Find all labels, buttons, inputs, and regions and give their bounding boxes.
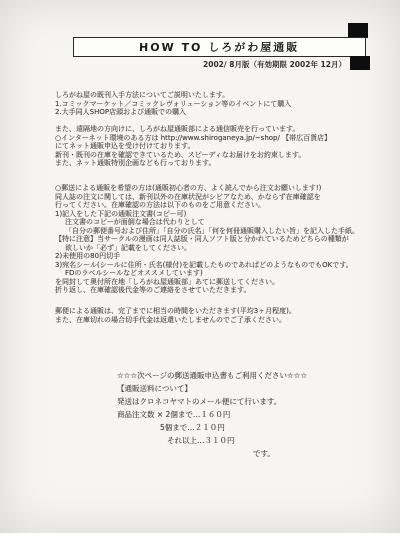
text-line: 【特に注意】当サークルの漫画は同人誌版・同人ソフト版と分かれているためどちらの種… bbox=[55, 235, 396, 244]
shipping-heading: 【通販送料について】 bbox=[117, 382, 396, 395]
text-line: 郵便による通販は、完了までに相当の時間をいただきます(平均3ヶ月程度)。 bbox=[55, 307, 396, 316]
text-line: 1.コミックマーケット／コミックレヴォリューション等のイベントにて購入 bbox=[55, 100, 396, 109]
text-line: 3)宛名シール(シールに住所・氏名(様付)を記載したものであればどのようなもので… bbox=[55, 261, 396, 270]
text-line: しろがね屋の既刊入手方法についてご説明いたします。 bbox=[55, 91, 396, 100]
text-line: 同人誌の注文に関しては、新刊以外の在庫状況がシビアなため、かならず在庫確認を bbox=[55, 193, 396, 202]
corner-mark-top bbox=[348, 23, 368, 38]
shipping-price-line: それ以上…３１０円 bbox=[117, 434, 396, 447]
text-line: にてネット通販申込を受け付けております。 bbox=[55, 142, 396, 151]
text-line: 折り返し、在庫確認後代金等のご連絡をさせていただきます。 bbox=[55, 286, 396, 295]
scanned-page: HOW TO しろがわ屋通販 2002/ 8月版（有効期限 2002年 12月）… bbox=[0, 0, 400, 533]
shipping-price-line: 5個まで…２１０円 bbox=[117, 421, 396, 434]
intro-paragraph: しろがね屋の既刊入手方法についてご説明いたします。 1.コミックマーケット／コミ… bbox=[55, 91, 396, 117]
shipping-info-section: ☆☆☆次ページの郵送通販申込書もご利用ください☆☆☆ 【通販送料について】 発送… bbox=[117, 369, 396, 460]
text-line-with-url: ○インターネット環境のある方は http://www.shiroganeya.j… bbox=[55, 134, 396, 143]
text-line: 注文書のコピーが面倒な場合は代わりとして bbox=[55, 218, 396, 227]
text-line: FDのラベルシールなどオススメしています) bbox=[55, 269, 396, 278]
text-line: 2.大手同人SHOP店頭および通販での購入 bbox=[55, 108, 396, 117]
shipping-closing-line: です。 bbox=[117, 447, 396, 460]
shipping-price-line: 商品注文数 × 2個まで…１６０円 bbox=[117, 408, 396, 421]
text-line: また、在庫切れの場合切手代金は返還いたしませんのでご了承ください。 bbox=[55, 316, 396, 325]
text-line: 行ってください。在庫確認の方法は以下のものをご用意ください。 bbox=[55, 201, 396, 210]
text-line: 「自分の郵便番号および住所」「自分の氏名」「何を何冊通販購入したい旨」を記入した… bbox=[55, 227, 396, 236]
text-line: また、遠隔地の方向けに、しろがね屋通販部による通信販売を行っています。 bbox=[55, 125, 396, 134]
shipping-note-line: ☆☆☆次ページの郵送通販申込書もご利用ください☆☆☆ bbox=[117, 369, 396, 382]
mail-order-paragraph: ○郵送による通販を希望の方は(通販初心者の方、よく読んでから注文お願いします!)… bbox=[55, 184, 396, 295]
corner-mark-bottom bbox=[350, 56, 370, 70]
edition-line: 2002/ 8月版（有効期限 2002年 12月） bbox=[0, 59, 346, 70]
text-line: 1)記入をした下記の通販注文書(コピー可) bbox=[55, 210, 396, 219]
title-box: HOW TO しろがわ屋通販 bbox=[73, 37, 366, 57]
text-line: 欲しいか「必ず」記載をしてください。 bbox=[55, 244, 396, 253]
text-line: ○郵送による通販を希望の方は(通販初心者の方、よく読んでから注文お願いします!) bbox=[55, 184, 396, 193]
shipping-carrier-line: 発送はクロネコヤマトのメール便にて行います。 bbox=[117, 395, 396, 408]
text-line: また、ネット通販特別企画なども行っております。 bbox=[55, 159, 396, 168]
page-title: HOW TO しろがわ屋通販 bbox=[139, 39, 300, 55]
text-line: を同封して奥付所在地「しろがね屋通販部」あてに郵送してください。 bbox=[55, 278, 396, 287]
text-line: 新刊・既刊の在庫を確認できているため、スピーディなお届けをお約束します。 bbox=[55, 151, 396, 160]
text-line: 2)未使用の80円切手 bbox=[55, 252, 396, 261]
net-order-paragraph: また、遠隔地の方向けに、しろがね屋通販部による通信販売を行っています。 ○インタ… bbox=[55, 125, 396, 168]
notice-paragraph: 郵便による通販は、完了までに相当の時間をいただきます(平均3ヶ月程度)。 また、… bbox=[55, 307, 396, 324]
